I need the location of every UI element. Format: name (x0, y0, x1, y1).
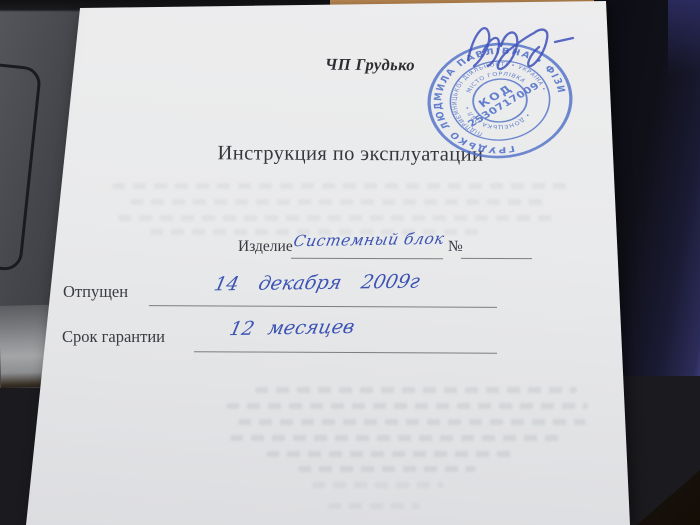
warranty-label: Срок гарантии (62, 327, 165, 347)
warranty-handwritten-value: 12 месяцев (205, 316, 378, 341)
product-underline (291, 258, 443, 260)
bleedthrough-line (130, 199, 545, 205)
bleedthrough-line (328, 503, 420, 509)
signature (438, 10, 588, 82)
bleedthrough-line (230, 435, 562, 441)
bleedthrough-line (312, 482, 444, 488)
product-label: Изделие (238, 238, 293, 256)
warranty-underline (194, 351, 497, 354)
bleedthrough-line (118, 215, 558, 221)
paper-sheet: ЧП Грудько Инструкция по эксплуатации Из… (0, 0, 700, 525)
issued-handwritten-value: 14 декабря 2009г (180, 270, 454, 296)
product-handwritten-value: Системный блок (291, 230, 447, 251)
bleedthrough-line (226, 403, 588, 409)
document-page: ЧП Грудько Инструкция по эксплуатации Из… (0, 0, 700, 525)
bleedthrough-line (238, 419, 586, 425)
bleedthrough-line (255, 387, 577, 393)
bleedthrough-line (298, 466, 476, 472)
bleedthrough-line (266, 451, 514, 457)
issued-underline (149, 305, 497, 308)
bleedthrough-line (112, 183, 567, 189)
photo-of-warranty-document: ЧП Грудько Инструкция по эксплуатации Из… (0, 0, 700, 525)
number-sign: № (448, 238, 463, 256)
issued-label: Отпущен (63, 282, 128, 302)
number-underline (461, 258, 532, 259)
